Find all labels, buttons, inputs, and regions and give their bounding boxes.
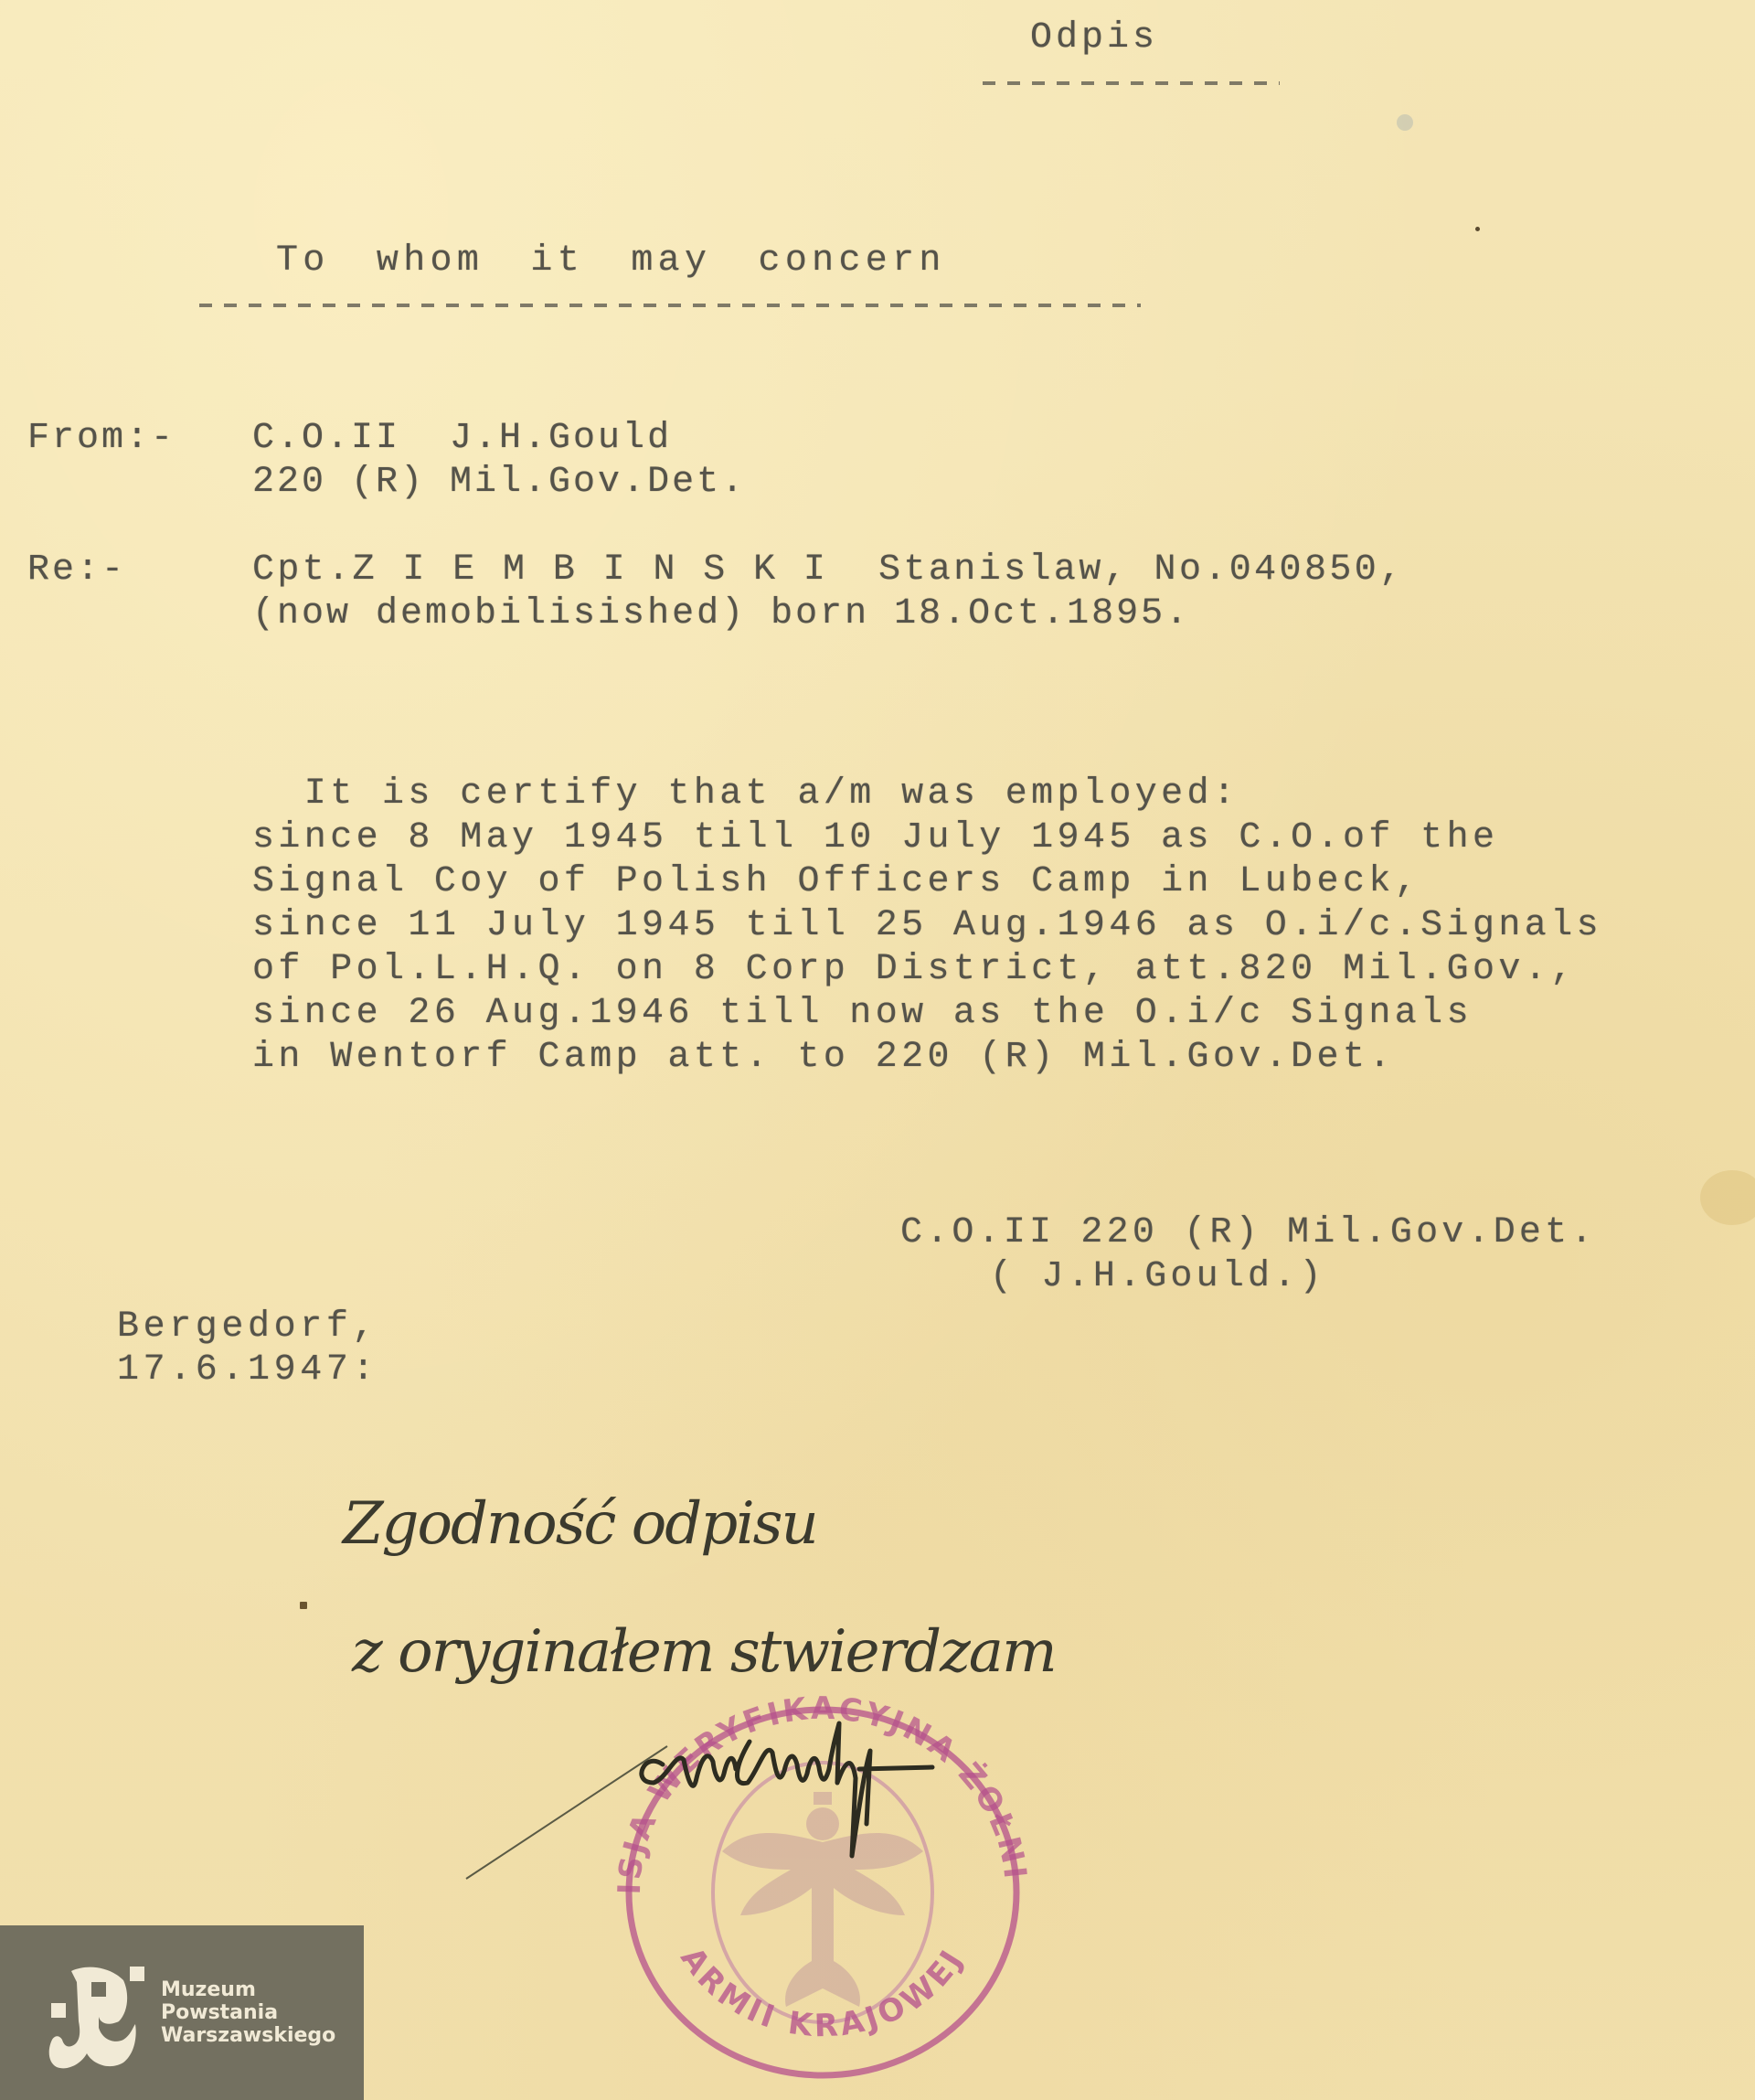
paper-stain	[1700, 1170, 1755, 1225]
body-line: since 8 May 1945 till 10 July 1945 as C.…	[252, 816, 1498, 860]
document-title: To whom it may concern	[276, 240, 946, 283]
re-line-2: (now demobilisished) born 18.Oct.1895.	[252, 592, 1190, 636]
date: 17.6.1947:	[117, 1348, 378, 1392]
signature-icon	[457, 1696, 969, 2089]
handwritten-note-line-1: Zgodność odpisu	[343, 1490, 817, 1558]
place: Bergedorf,	[117, 1306, 378, 1349]
body-line: since 26 Aug.1946 till now as the O.i/c …	[252, 992, 1473, 1036]
document-heading: Odpis	[1030, 16, 1158, 60]
paper-stain	[1397, 114, 1413, 131]
body-line: Signal Coy of Polish Officers Camp in Lu…	[252, 860, 1420, 904]
body-line: since 11 July 1945 till 25 Aug.1946 as O…	[252, 904, 1602, 948]
museum-watermark: Muzeum Powstania Warszawskiego	[0, 1925, 364, 2100]
kotwica-logo-icon	[0, 1925, 155, 2100]
re-line-1: Cpt.Z I E M B I N S K I Stanislaw, No.04…	[252, 549, 1405, 592]
heading-underline	[983, 81, 1280, 85]
museum-name-line: Muzeum	[161, 1978, 335, 2001]
museum-name-line: Powstania	[161, 2001, 335, 2024]
from-line-2: 220 (R) Mil.Gov.Det.	[252, 461, 746, 505]
body-line: in Wentorf Camp att. to 220 (R) Mil.Gov.…	[252, 1036, 1395, 1080]
signature-block-line-1: C.O.II 220 (R) Mil.Gov.Det.	[900, 1211, 1597, 1255]
museum-name-line: Warszawskiego	[161, 2024, 335, 2047]
paper-stain	[300, 1602, 307, 1609]
museum-name: Muzeum Powstania Warszawskiego	[161, 1978, 335, 2047]
signature-block-line-2: ( J.H.Gould.)	[990, 1255, 1325, 1299]
from-line-1: C.O.II J.H.Gould	[252, 417, 672, 461]
body-line: of Pol.L.H.Q. on 8 Corp District, att.82…	[252, 948, 1577, 992]
body-line: It is certify that a/m was employed:	[252, 773, 1239, 816]
from-label: From:-	[27, 417, 175, 461]
title-underline	[199, 304, 1141, 307]
handwritten-note-line-2: z oryginałem stwierdzam	[352, 1618, 1056, 1686]
verification-stamp: KOMISJA WERYFIKACYJNA ŻOŁNIERZY ARMII KR…	[603, 1696, 1042, 2089]
paper-stain	[1475, 227, 1480, 231]
re-label: Re:-	[27, 549, 126, 592]
